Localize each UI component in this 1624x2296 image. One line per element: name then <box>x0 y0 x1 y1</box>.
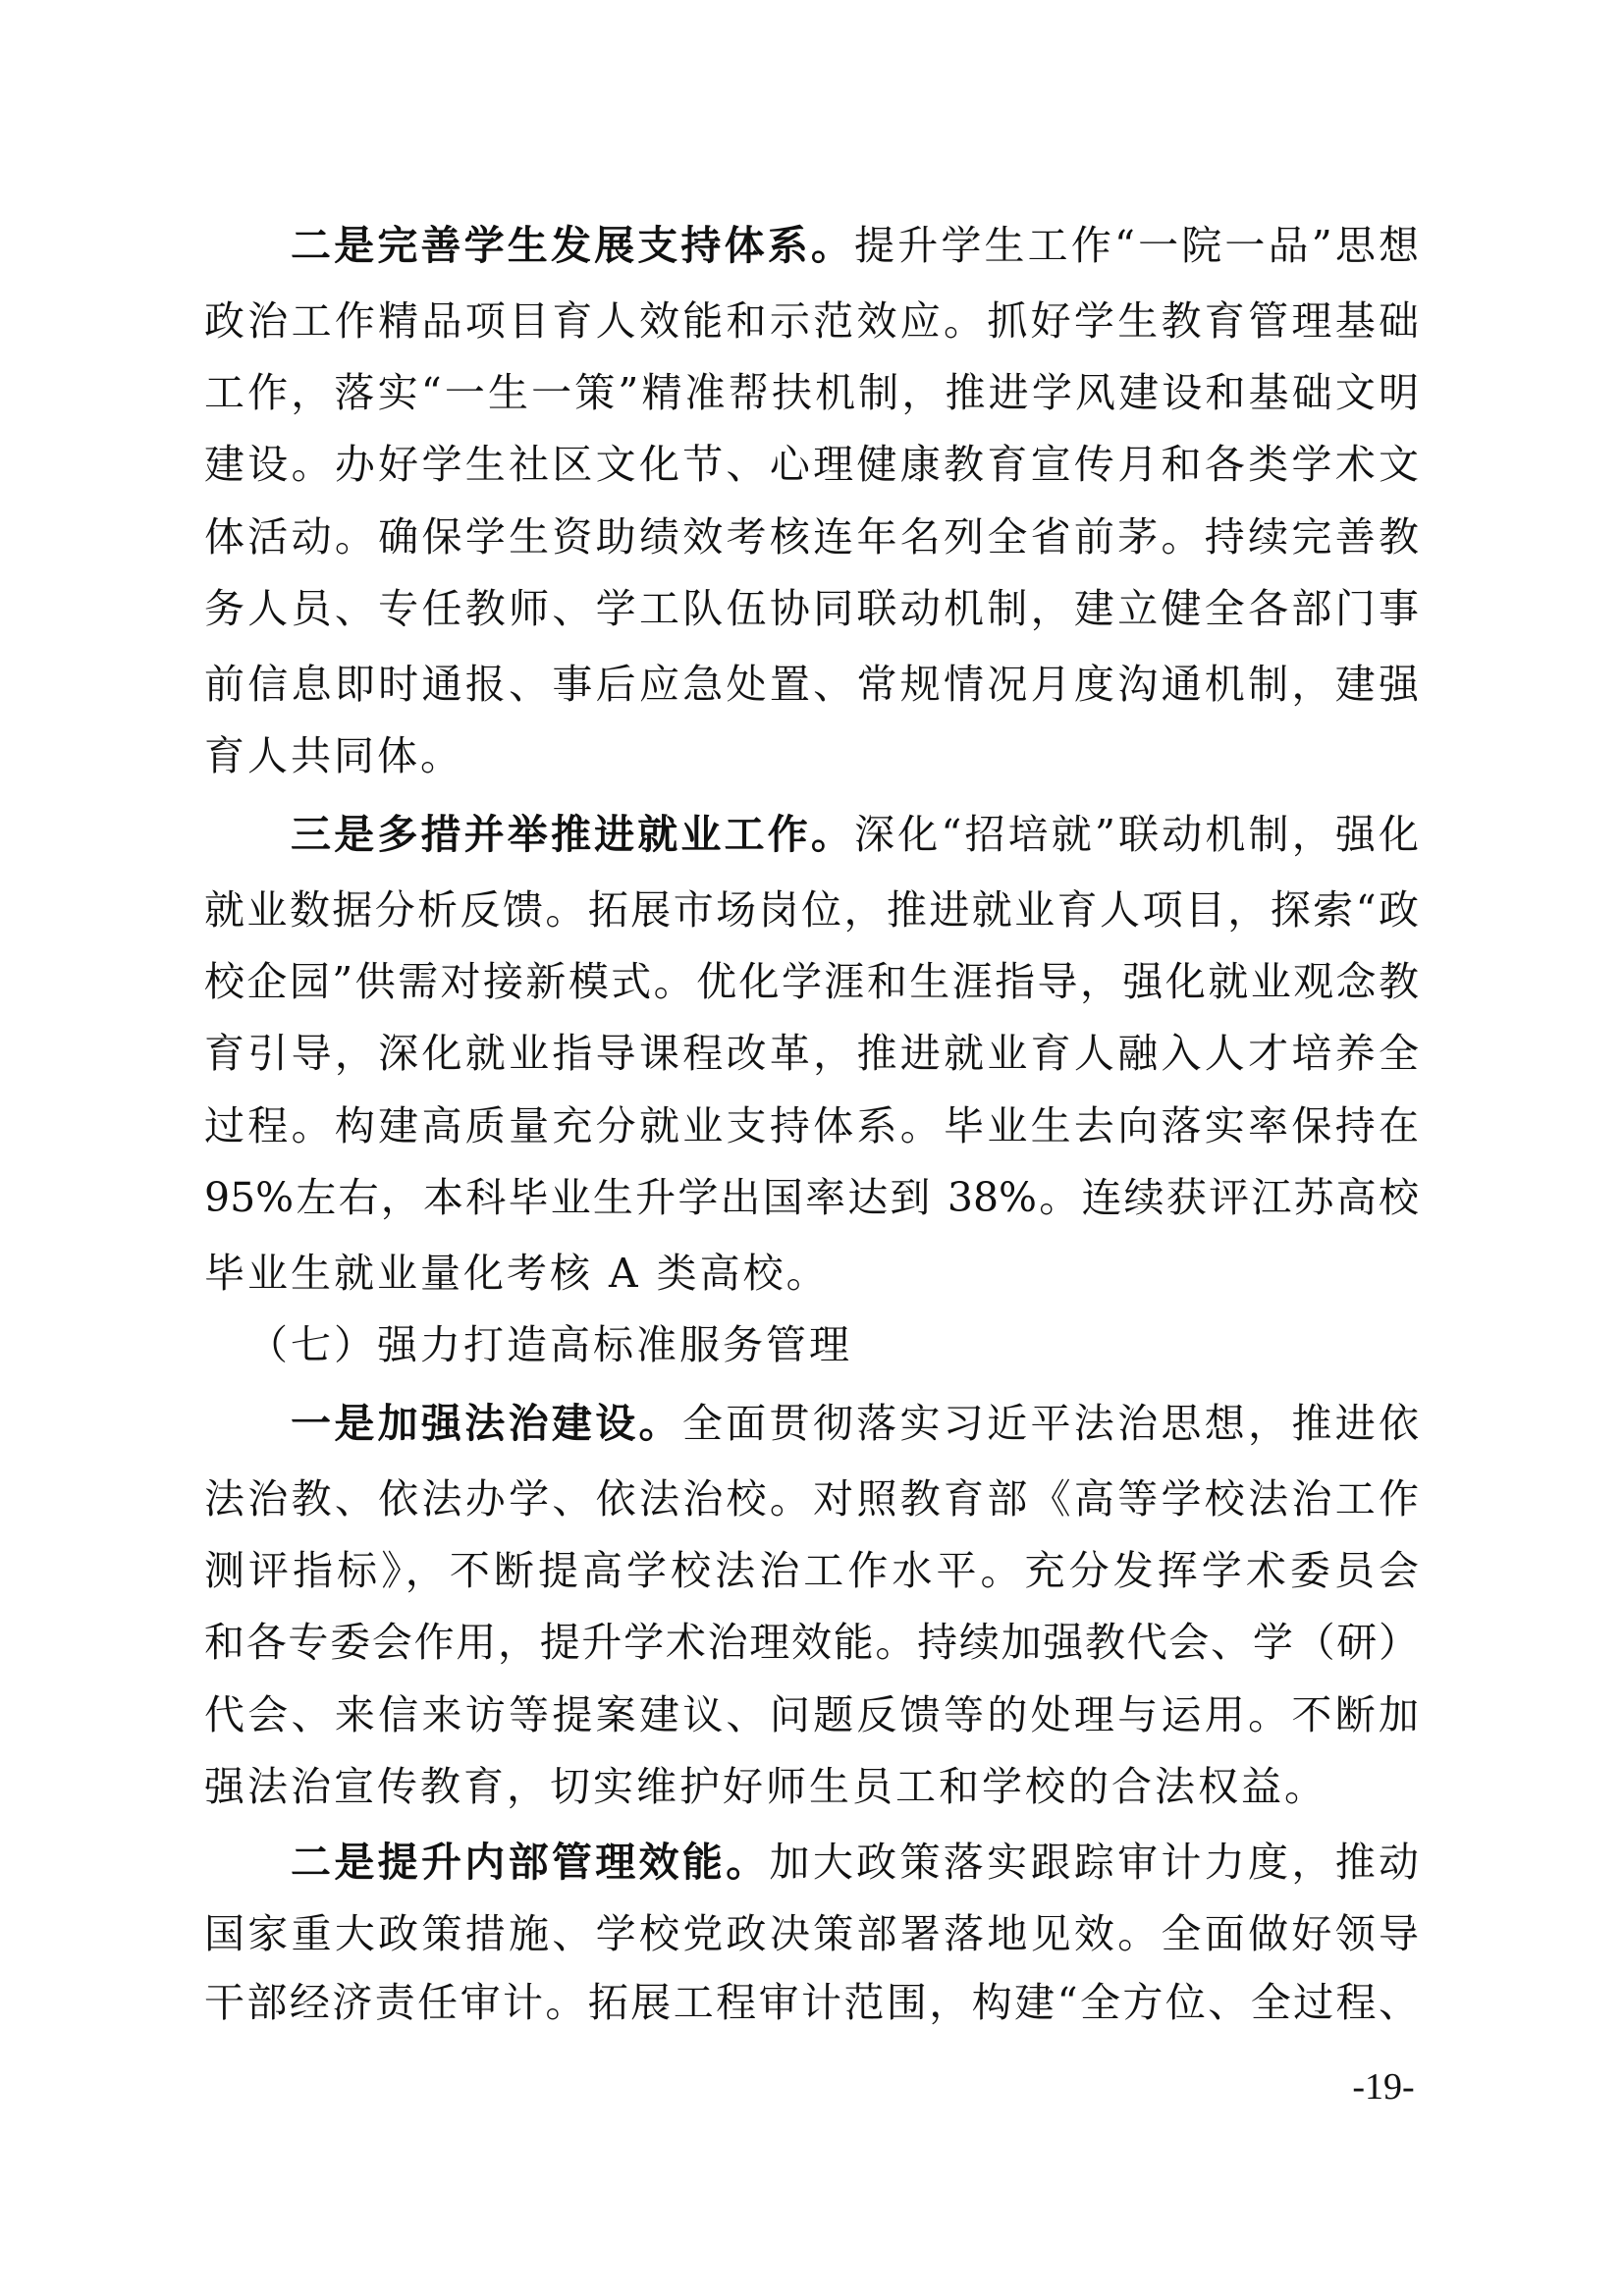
paragraph-line: 工作，落实“一生一策”精准帮扶机制，推进学风建设和基础文明 <box>204 365 1419 420</box>
paragraph-line: 育人共同体。 <box>204 728 1419 783</box>
document-page: 二是完善学生发展支持体系。提升学生工作“一院一品”思想 政治工作精品项目育人效能… <box>0 0 1624 2296</box>
paragraph-lead-heading: 一是加强法治建设。 <box>291 1400 682 1447</box>
paragraph-line: 育引导，深化就业指导课程改革，推进就业育人融入人才培养全 <box>204 1026 1419 1081</box>
paragraph-line: 二是完善学生发展支持体系。提升学生工作“一院一品”思想 <box>291 218 1419 273</box>
paragraph-text: 加大政策落实跟踪审计力度，推动 <box>770 1839 1419 1886</box>
paragraph-line: 法治教、依法办学、依法治校。对照教育部《高等学校法治工作 <box>204 1471 1419 1526</box>
paragraph-line: 体活动。确保学生资助绩效考核连年名列全省前茅。持续完善教 <box>204 509 1419 564</box>
paragraph-line: 过程。构建高质量充分就业支持体系。毕业生去向落实率保持在 <box>204 1098 1419 1153</box>
paragraph-line: 二是提升内部管理效能。加大政策落实跟踪审计力度，推动 <box>291 1835 1419 1890</box>
paragraph-line: 毕业生就业量化考核 A 类高校。 <box>204 1246 1419 1301</box>
paragraph-line: 就业数据分析反馈。拓展市场岗位，推进就业育人项目，探索“政 <box>204 882 1419 937</box>
paragraph-line: 校企园”供需对接新模式。优化学涯和生涯指导，强化就业观念教 <box>204 954 1419 1009</box>
paragraph-lead-heading: 三是多措并举推进就业工作。 <box>291 811 854 858</box>
paragraph-line: 三是多措并举推进就业工作。深化“招培就”联动机制，强化 <box>291 807 1419 862</box>
paragraph-line: 和各专委会作用，提升学术治理效能。持续加强教代会、学（研） <box>204 1615 1419 1670</box>
paragraph-line: 前信息即时通报、事后应急处置、常规情况月度沟通机制，建强 <box>204 657 1419 712</box>
paragraph-line: 代会、来信来访等提案建议、问题反馈等的处理与运用。不断加 <box>204 1687 1419 1742</box>
paragraph-text: 95%左右，本科毕业生升学出国率达到 38%。连续获评江苏高校 <box>204 1174 1419 1221</box>
paragraph-lead-heading: 二是提升内部管理效能。 <box>291 1839 770 1886</box>
section-heading: （七）强力打造高标准服务管理 <box>247 1317 852 1372</box>
paragraph-line: 国家重大政策措施、学校党政决策部署落地见效。全面做好领导 <box>204 1906 1419 1961</box>
paragraph-text: 全面贯彻落实习近平法治思想，推进依 <box>682 1400 1419 1447</box>
paragraph-line: 95%左右，本科毕业生升学出国率达到 38%。连续获评江苏高校 <box>204 1170 1419 1225</box>
paragraph-line: 干部经济责任审计。拓展工程审计范围，构建“全方位、全过程、 <box>204 1975 1419 2030</box>
paragraph-lead-heading: 二是完善学生发展支持体系。 <box>291 222 854 269</box>
paragraph-line: 务人员、专任教师、学工队伍协同联动机制，建立健全各部门事 <box>204 581 1419 636</box>
paragraph-line: 一是加强法治建设。全面贯彻落实习近平法治思想，推进依 <box>291 1396 1419 1451</box>
paragraph-line: 建设。办好学生社区文化节、心理健康教育宣传月和各类学术文 <box>204 437 1419 492</box>
page-number: -19- <box>1343 2067 1424 2107</box>
paragraph-line: 强法治宣传教育，切实维护好师生员工和学校的合法权益。 <box>204 1759 1419 1814</box>
paragraph-text: 提升学生工作“一院一品”思想 <box>854 222 1419 269</box>
paragraph-line: 测评指标》，不断提高学校法治工作水平。充分发挥学术委员会 <box>204 1543 1419 1598</box>
paragraph-text: 深化“招培就”联动机制，强化 <box>854 811 1419 858</box>
paragraph-line: 政治工作精品项目育人效能和示范效应。抓好学生教育管理基础 <box>204 294 1419 348</box>
